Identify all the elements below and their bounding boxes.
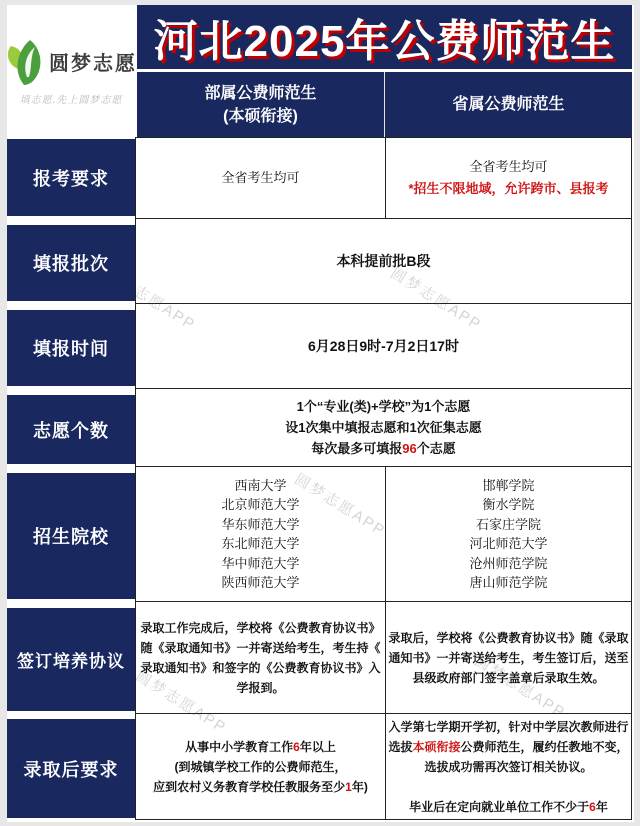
table-row-post-admission: 从事中小学教育工作6年以上(到城镇学校工作的公费师范生，应到农村义务教育学校任教… [136, 714, 631, 819]
text-line: 本科提前批B段 [336, 251, 430, 271]
text-line: *招生不限地域，允许跨市、县报考 [408, 178, 608, 200]
brand-logo-box: 圆梦志愿 填志愿.先上圆梦志愿 [7, 5, 135, 137]
text-line: 每次最多可填报96个志愿 [311, 438, 456, 459]
text-line: 沧州师范学院 [469, 554, 547, 574]
row-header-number-of-choices: 志愿个数 [7, 395, 135, 464]
text-line: 华中师范大学 [221, 554, 299, 574]
column-header-provincial: 省属公费师范生 [385, 72, 632, 137]
text-line: 北京师范大学 [221, 495, 299, 515]
text-line: 省属公费师范生 [452, 93, 564, 116]
text-line: 陕西师范大学 [221, 573, 299, 593]
cell-colleges-provincial: 邯郸学院衡水学院石家庄学院河北师范大学沧州师范学院唐山师范学院 [386, 467, 631, 601]
leaf-logo-icon [5, 37, 45, 87]
text-line: 衡水学院 [482, 495, 534, 515]
table-row-time: 6月28日9时-7月2日17时 [136, 304, 631, 389]
cell-requirements-provincial: 全省考生均可*招生不限地域，允许跨市、县报考 [386, 138, 631, 218]
text-line: 华东师范大学 [221, 515, 299, 535]
text-line: 录取后，学校将《公费教育协议书》随《录取 [388, 628, 628, 648]
text-line: 西南大学 [234, 476, 286, 496]
table-row-requirements: 全省考生均可 全省考生均可*招生不限地域，允许跨市、县报考 [136, 138, 631, 219]
text-line: (本硕衔接) [223, 105, 298, 128]
text-line: 邯郸学院 [482, 476, 534, 496]
table-row-agreement: 录取工作完成后，学校将《公费教育协议书》随《录取通知书》一并寄送给考生，考生持《… [136, 602, 631, 714]
text-line: 全省考生均可 [469, 156, 547, 178]
row-header-filing-batch: 填报批次 [7, 225, 135, 301]
text-line: 录取工作完成后，学校将《公费教育协议书》 [140, 618, 380, 638]
row-header-training-agreement: 签订培养协议 [7, 608, 135, 711]
text-line: 石家庄学院 [476, 515, 541, 535]
cell-post-admission-ministry: 从事中小学教育工作6年以上(到城镇学校工作的公费师范生，应到农村义务教育学校任教… [136, 714, 386, 819]
table-row-colleges: 西南大学北京师范大学华东师范大学东北师范大学华中师范大学陕西师范大学 邯郸学院衡… [136, 467, 631, 602]
text-line: 1个“专业(类)+学校”为1个志愿 [297, 396, 471, 417]
brand-logo-row: 圆梦志愿 [5, 37, 137, 87]
infographic-screenshot: 圆梦志愿APP圆梦志愿APP圆梦志愿APP圆梦志愿APP圆梦志愿APP 圆梦志愿… [0, 0, 640, 826]
text-line: 录取通知书》和签字的《公费教育协议书》入 [140, 658, 380, 678]
text-line: 学报到。 [236, 678, 284, 698]
text-line: 随《录取通知书》一并寄送给考生，考生持《 [140, 638, 380, 658]
cell-batch: 本科提前批B段 [136, 219, 631, 303]
row-header-filing-time: 填报时间 [7, 310, 135, 386]
cell-agreement-ministry: 录取工作完成后，学校将《公费教育协议书》随《录取通知书》一并寄送给考生，考生持《… [136, 602, 386, 713]
text-line: 入学第七学期开学初，针对中学层次教师进行 [388, 717, 628, 737]
text-line: 唐山师范学院 [469, 573, 547, 593]
page-title: 河北2025年公费师范生 [154, 5, 616, 69]
content-table: 全省考生均可 全省考生均可*招生不限地域，允许跨市、县报考 本科提前批B段 6月… [135, 137, 632, 820]
cell-choices: 1个“专业(类)+学校”为1个志愿设1次集中填报志愿和1次征集志愿每次最多可填报… [136, 389, 631, 466]
text-line: 从事中小学教育工作6年以上 [185, 737, 336, 757]
table-row-choices: 1个“专业(类)+学校”为1个志愿设1次集中填报志愿和1次征集志愿每次最多可填报… [136, 389, 631, 467]
row-header-post-admission-requirements: 录取后要求 [7, 719, 135, 818]
table-row-batch: 本科提前批B段 [136, 219, 631, 304]
banner-title-bar: 河北2025年公费师范生 [137, 5, 632, 69]
brand-slogan: 填志愿.先上圆梦志愿 [20, 91, 123, 106]
cell-post-admission-provincial: 入学第七学期开学初，针对中学层次教师进行选拔本硕衔接公费师范生，履约任教地不变，… [386, 714, 631, 819]
text-line: 6月28日9时-7月2日17时 [308, 336, 459, 356]
cell-agreement-provincial: 录取后，学校将《公费教育协议书》随《录取通知书》一并寄送给考生，考生签订后，送至… [386, 602, 631, 713]
text-line: (到城镇学校工作的公费师范生， [175, 757, 347, 777]
text-line: 县级政府部门签字盖章后录取生效。 [412, 668, 604, 688]
cell-colleges-ministry: 西南大学北京师范大学华东师范大学东北师范大学华中师范大学陕西师范大学 [136, 467, 386, 601]
text-line: 选拔成功需再次签订相关协议。 [424, 757, 592, 777]
text-line [507, 777, 510, 797]
text-line: 通知书》一并寄送给考生，考生签订后，送至 [388, 648, 628, 668]
column-header-row: 部属公费师范生(本硕衔接) 省属公费师范生 [137, 72, 632, 137]
brand-name: 圆梦志愿 [49, 47, 137, 76]
text-line: 设1次集中填报志愿和1次征集志愿 [285, 417, 481, 438]
text-line: 应到农村义务教育学校任教服务至少1年) [153, 777, 368, 797]
cell-time: 6月28日9时-7月2日17时 [136, 304, 631, 388]
text-line: 选拔本硕衔接公费师范生，履约任教地不变， [388, 737, 628, 757]
row-header-enrolling-colleges: 招生院校 [7, 473, 135, 599]
row-header-application-requirements: 报考要求 [7, 139, 135, 216]
text-line: 毕业后在定向就业单位工作不少于6年 [409, 797, 608, 817]
text-line: 部属公费师范生 [204, 82, 316, 105]
text-line: 河北师范大学 [469, 534, 547, 554]
column-header-ministry: 部属公费师范生(本硕衔接) [137, 72, 385, 137]
text-line: 东北师范大学 [221, 534, 299, 554]
text-line: 全省考生均可 [221, 167, 299, 189]
cell-requirements-ministry: 全省考生均可 [136, 138, 386, 218]
